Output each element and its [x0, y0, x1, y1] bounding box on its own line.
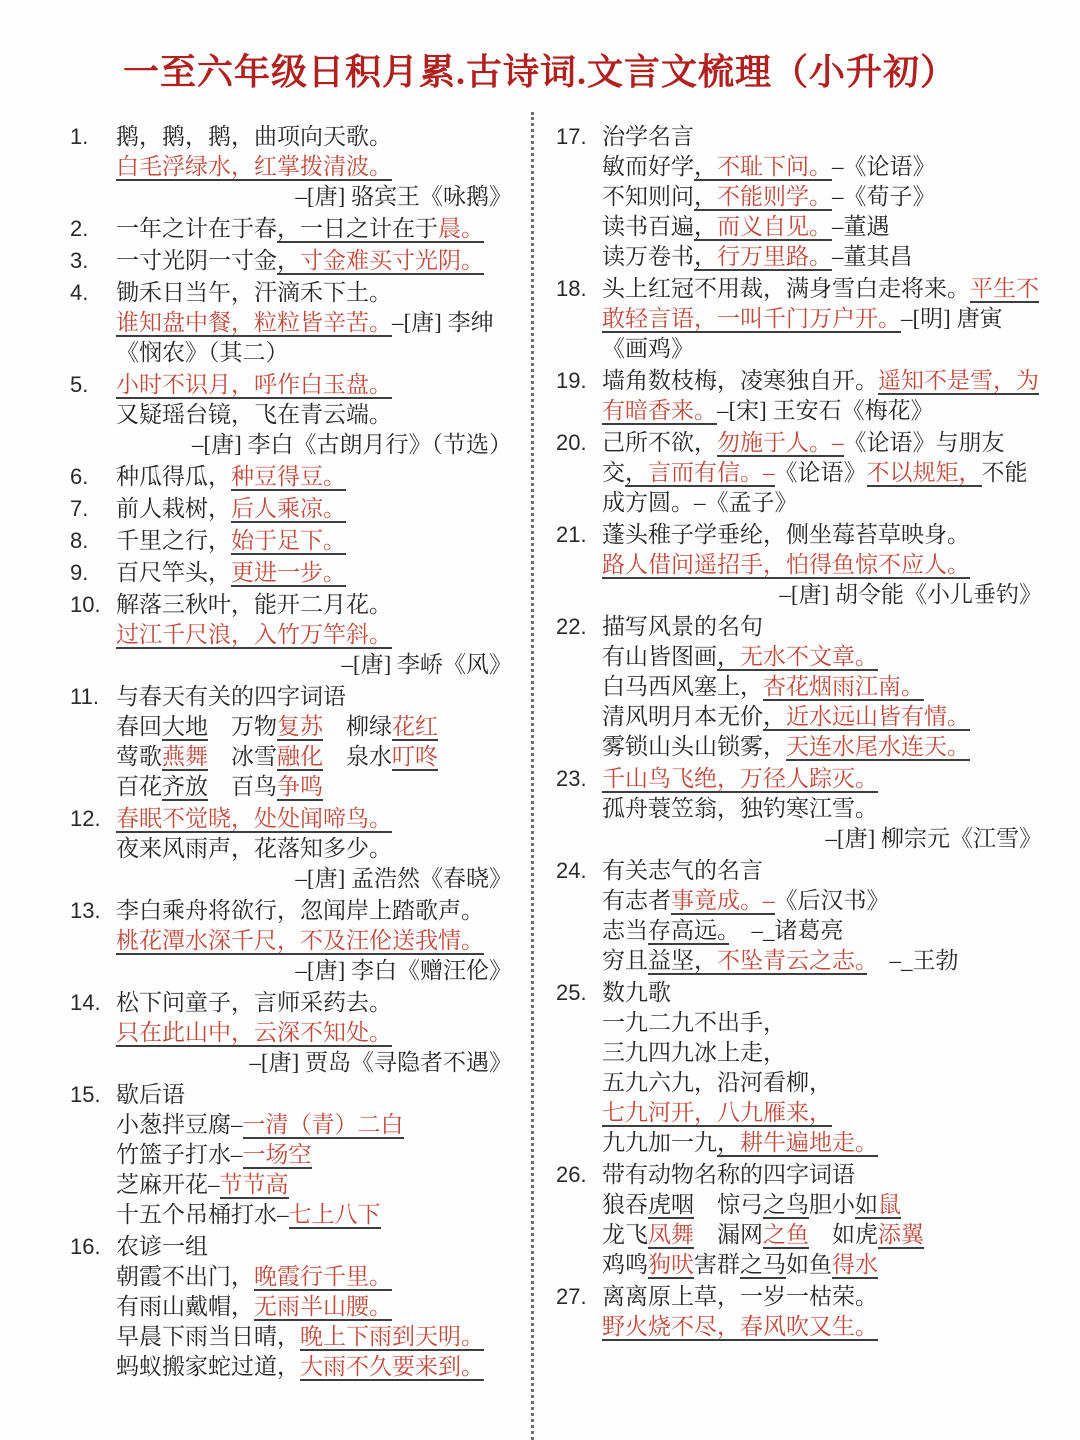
item-number: 9. [70, 558, 88, 588]
text-segment: 白马西风塞上， [602, 674, 763, 699]
item-number: 17. [556, 122, 587, 152]
text-segment: 寸金难买寸光阴。 [300, 248, 484, 275]
text-segment: 不知则问 [602, 184, 694, 209]
text-segment: 杏花烟雨江南。 [763, 674, 924, 701]
list-item: 12.春眠不觉晓，处处闻啼鸟。夜来风雨声，花落知多少。–[唐] 孟浩然《春晓》 [70, 804, 516, 894]
page-title: 一至六年级日积月累.古诗词.文言文梳理（小升初） [0, 44, 1080, 95]
text-segment: 惊弓 [694, 1192, 763, 1217]
text-segment: 七上八下 [289, 1202, 381, 1229]
text-segment: 敏而好学 [602, 154, 694, 179]
text-segment: 天连水尾水连天。 [786, 734, 970, 761]
text-segment: ， [694, 214, 717, 241]
text-segment: 一场空 [243, 1142, 312, 1169]
text-segment: 勿施于人。– [717, 430, 844, 457]
text-line: 七九河开，八九雁来， [602, 1098, 1046, 1128]
item-number: 23. [556, 764, 587, 794]
text-segment: 读书百遍 [602, 214, 694, 239]
text-line: 解落三秋叶，能开二月花。 [116, 590, 516, 620]
text-segment: 益坚， [648, 948, 717, 975]
text-segment: 泉水 [323, 744, 392, 769]
text-line: 有志者事竟成。–《后汉书》 [602, 886, 1046, 916]
text-segment: 百鸟 [208, 774, 277, 799]
text-segment: 无雨半山腰。 [254, 1294, 392, 1321]
list-item: 19.墙角数枝梅，凌寒独自开。遥知不是雪，为有暗香来。–[宋] 王安石《梅花》 [556, 366, 1046, 426]
item-number: 15. [70, 1080, 101, 1110]
text-segment: 《后汉书》 [775, 888, 890, 913]
text-segment: –_王勃 [867, 948, 959, 973]
item-number: 25. [556, 978, 587, 1008]
text-segment: 始于足下。 [231, 528, 346, 555]
text-segment: 晚上下雨到天明。 [300, 1324, 484, 1351]
text-segment: 千山鸟飞绝，万径人踪灭。 [602, 766, 878, 793]
text-line: 锄禾日当午，汗滴禾下土。 [116, 278, 516, 308]
text-line: 早晨下雨当日晴，晚上下雨到天明。 [116, 1322, 516, 1352]
text-segment: 墙角数枝梅，凌寒独自开。 [602, 368, 878, 393]
text-line: 路人借问遥招手，怕得鱼惊不应人。 [602, 550, 1046, 580]
text-line: 描写风景的名句 [602, 612, 1046, 642]
item-number: 5. [70, 370, 88, 400]
list-item: 9.百尺竿头，更进一步。 [70, 558, 516, 588]
text-segment: ， [277, 248, 300, 275]
text-segment: 狼吞 [602, 1192, 648, 1217]
text-line: 数九歌 [602, 978, 1046, 1008]
text-segment: 小葱拌豆腐– [116, 1112, 243, 1137]
text-segment: ， [717, 1130, 740, 1157]
text-line: 过江千尺浪，入竹万竿斜。 [116, 620, 516, 650]
text-line: 不知则问，不能则学。–《荀子》 [602, 182, 1046, 212]
text-line: 百花齐放 百鸟争鸣 [116, 772, 516, 802]
text-segment: 锄禾日当午，汗滴禾下土。 [116, 280, 392, 305]
text-segment: 数九歌 [602, 980, 671, 1005]
item-number: 1. [70, 122, 88, 152]
text-segment: 莺歌 [116, 744, 162, 769]
list-item: 20.己所不欲，勿施于人。–《论语》与朋友交，言而有信。–《论语》不以规矩，不能… [556, 428, 1046, 518]
list-item: 16.农谚一组朝霞不出门，晚霞行千里。有雨山戴帽，无雨半山腰。早晨下雨当日晴，晚… [70, 1232, 516, 1382]
text-segment: 胆小 [809, 1192, 855, 1217]
text-segment: 只在此山中，云深不知处。 [116, 1020, 392, 1047]
text-segment: ， [763, 704, 786, 731]
text-segment: 大雨不久要来到。 [300, 1354, 484, 1381]
text-segment: 存高远。 [648, 918, 729, 945]
text-segment: 有山皆图画 [602, 644, 717, 669]
item-number: 11. [70, 682, 99, 712]
text-segment: 如 [855, 1192, 878, 1219]
text-segment: 后人乘凉。 [231, 496, 346, 523]
text-segment: –《荀子》 [832, 184, 936, 209]
column-divider [531, 112, 534, 1440]
text-segment: 行万里路。 [717, 244, 832, 271]
text-segment: 晨。 [438, 216, 484, 243]
text-line: 孤舟蓑笠翁，独钓寒江雪。 [602, 794, 1046, 824]
text-line: 蚂蚁搬家蛇过道，大雨不久要来到。 [116, 1352, 516, 1382]
text-segment: 叮咚 [392, 744, 438, 771]
text-line: 李白乘舟将欲行，忽闻岸上踏歌声。 [116, 896, 516, 926]
item-number: 20. [556, 428, 587, 458]
text-segment: 《论语》 [775, 460, 867, 485]
text-segment: –[唐] 柳宗元《江雪》 [825, 826, 1042, 851]
text-segment: 又疑瑶台镜，飞在青云端。 [116, 402, 392, 427]
text-segment: 春回 [116, 714, 162, 739]
text-segment: 蓬头稚子学垂纶，侧坐莓苔草映身。 [602, 522, 970, 547]
text-line: 雾锁山头山锁雾，天连水尾水连天。 [602, 732, 1046, 762]
item-number: 6. [70, 462, 88, 492]
text-segment: 一寸光阴一寸金 [116, 248, 277, 273]
text-segment: 百花 [116, 774, 162, 799]
text-segment: –[唐] 贾岛《寻隐者不遇》 [249, 1050, 512, 1075]
text-line: 有关志气的名言 [602, 856, 1046, 886]
text-line: 只在此山中，云深不知处。 [116, 1018, 516, 1048]
text-segment: 之鸟 [763, 1192, 809, 1219]
text-line: 穷且益坚，不坠青云之志。 –_王勃 [602, 946, 1046, 976]
text-line: 一九二九不出手， [602, 1008, 1046, 1038]
text-segment: 解落三秋叶，能开二月花。 [116, 592, 392, 617]
text-line: 与春天有关的四字词语 [116, 682, 516, 712]
text-segment: 不坠青云之志。 [717, 948, 867, 975]
list-item: 8.千里之行，始于足下。 [70, 526, 516, 556]
text-segment: 穷且 [602, 948, 648, 973]
attribution-line: –[唐] 贾岛《寻隐者不遇》 [116, 1048, 516, 1078]
text-segment: 争鸣 [277, 774, 323, 801]
text-segment: 歇后语 [116, 1082, 185, 1107]
text-segment: 离离原上草，一岁一枯荣。 [602, 1284, 878, 1309]
text-segment: 夜来风雨声，花落知多少。 [116, 836, 392, 861]
text-segment: 无水不文章。 [740, 644, 878, 671]
text-line: 治学名言 [602, 122, 1046, 152]
text-segment: 言而有信。– [648, 460, 775, 487]
attribution-line: –[唐] 胡令能《小儿垂钓》 [602, 580, 1046, 610]
text-segment: 之鱼 [763, 1222, 809, 1249]
text-segment: 一清（青）二白 [243, 1112, 404, 1139]
text-segment: 读万卷书 [602, 244, 694, 269]
text-line: 五九六九，沿河看柳， [602, 1068, 1046, 1098]
text-line: 竹篮子打水–一场空 [116, 1140, 516, 1170]
list-item: 4.锄禾日当午，汗滴禾下土。谁知盘中餐，粒粒皆辛苦。–[唐] 李绅《悯农》（其二… [70, 278, 516, 368]
text-segment: 孤舟蓑笠翁，独钓寒江雪。 [602, 796, 878, 821]
text-segment: –[唐] 李白《赠汪伦》 [295, 958, 512, 983]
text-segment: 农谚一组 [116, 1234, 208, 1259]
list-item: 6.种瓜得瓜，种豆得豆。 [70, 462, 516, 492]
text-segment: 种豆得豆。 [231, 464, 346, 491]
text-line: 敏而好学，不耻下问。–《论语》 [602, 152, 1046, 182]
text-segment: 志当 [602, 918, 648, 943]
text-segment: 七九河开，八九雁来， [602, 1100, 832, 1127]
text-line: 夜来风雨声，花落知多少。 [116, 834, 516, 864]
text-segment: 蚂蚁搬家蛇过道， [116, 1354, 300, 1379]
text-segment: 燕舞 [162, 744, 208, 771]
text-line: 有山皆图画，无水不文章。 [602, 642, 1046, 672]
list-item: 5.小时不识月，呼作白玉盘。又疑瑶台镜，飞在青云端。–[唐] 李白《古朗月行》（… [70, 370, 516, 460]
text-line: 志当存高远。 –_诸葛亮 [602, 916, 1046, 946]
list-item: 15.歇后语小葱拌豆腐–一清（青）二白竹篮子打水–一场空芝麻开花–节节高十五个吊… [70, 1080, 516, 1230]
text-line: 三九四九冰上走， [602, 1038, 1046, 1068]
text-line: 鸡鸣狗吠害群之马如鱼得水 [602, 1250, 1046, 1280]
item-number: 8. [70, 526, 88, 556]
text-segment: 松下问童子，言师采药去。 [116, 990, 392, 1015]
text-segment: ， [717, 644, 740, 671]
text-line: 龙飞凤舞 漏网之鱼 如虎添翼 [602, 1220, 1046, 1250]
text-segment: 齐放 [162, 774, 208, 801]
text-segment: 近水远山皆有情。 [786, 704, 970, 731]
text-segment: 五九六九，沿河看柳， [602, 1070, 832, 1095]
text-segment: 虎咽 [648, 1192, 694, 1219]
attribution-line: –[唐] 骆宾王《咏鹅》 [116, 182, 516, 212]
text-segment: 复苏 [277, 714, 323, 741]
text-segment: 白毛浮绿水，红掌拨清波。 [116, 154, 392, 181]
text-segment: 十五个吊桶打水– [116, 1202, 289, 1227]
text-segment: 朝霞不出门， [116, 1264, 254, 1289]
attribution-line: –[唐] 柳宗元《江雪》 [602, 824, 1046, 854]
text-segment: 芝麻开花– [116, 1172, 220, 1197]
text-segment: 得水 [832, 1252, 878, 1279]
text-segment: 早晨下雨当日晴， [116, 1324, 300, 1349]
text-segment: 害群 [694, 1252, 740, 1277]
text-line: 离离原上草，一岁一枯荣。 [602, 1282, 1046, 1312]
text-line: 朝霞不出门，晚霞行千里。 [116, 1262, 516, 1292]
item-number: 13. [70, 896, 101, 926]
text-line: 歇后语 [116, 1080, 516, 1110]
text-line: 谁知盘中餐，粒粒皆辛苦。–[唐] 李绅《悯农》（其二） [116, 308, 516, 368]
text-segment: –[唐] 孟浩然《春晓》 [295, 866, 512, 891]
item-number: 3. [70, 246, 88, 276]
text-line: 读万卷书，行万里路。–董其昌 [602, 242, 1046, 272]
text-line: 清风明月本无价，近水远山皆有情。 [602, 702, 1046, 732]
text-segment: ， [694, 154, 717, 181]
text-segment: 一九二九不出手， [602, 1010, 786, 1035]
item-number: 27. [556, 1282, 587, 1312]
text-segment: 大地 [162, 714, 208, 741]
item-number: 18. [556, 274, 587, 304]
text-segment: –《论语》 [832, 154, 936, 179]
text-segment: 花红 [392, 714, 438, 741]
list-item: 1.鹅，鹅，鹅，曲项向天歌。白毛浮绿水，红掌拨清波。–[唐] 骆宾王《咏鹅》 [70, 122, 516, 212]
text-segment: 李白乘舟将欲行，忽闻岸上踏歌声。 [116, 898, 484, 923]
item-number: 26. [556, 1160, 587, 1190]
item-number: 19. [556, 366, 587, 396]
text-segment: 漏网 [694, 1222, 763, 1247]
text-line: 芝麻开花–节节高 [116, 1170, 516, 1200]
text-segment: ， [625, 460, 648, 487]
text-line: 松下问童子，言师采药去。 [116, 988, 516, 1018]
text-segment: 之马 [740, 1252, 786, 1279]
text-segment: 有志者 [602, 888, 671, 913]
text-line: 有雨山戴帽，无雨半山腰。 [116, 1292, 516, 1322]
text-line: 野火烧不尽，春风吹又生。 [602, 1312, 1046, 1342]
list-item: 3.一寸光阴一寸金，寸金难买寸光阴。 [70, 246, 516, 276]
list-item: 24.有关志气的名言有志者事竟成。–《后汉书》志当存高远。 –_诸葛亮穷且益坚，… [556, 856, 1046, 976]
item-number: 10. [70, 590, 101, 620]
text-segment: 冰雪 [208, 744, 277, 769]
text-segment: 晚霞行千里。 [254, 1264, 392, 1291]
attribution-line: –[唐] 李白《古朗月行》（节选） [116, 430, 516, 460]
list-item: 7.前人栽树，后人乘凉。 [70, 494, 516, 524]
text-line: 前人栽树，后人乘凉。 [116, 494, 516, 524]
text-segment: –董其昌 [832, 244, 913, 269]
text-line: 十五个吊桶打水–七上八下 [116, 1200, 516, 1230]
text-segment: 鹅，鹅，鹅，曲项向天歌。 [116, 124, 392, 149]
text-line: 百尺竿头，更进一步。 [116, 558, 516, 588]
text-segment: 融化 [277, 744, 323, 771]
text-segment: 而义自见。 [717, 214, 832, 241]
text-segment: 添翼 [878, 1222, 924, 1249]
list-item: 11.与春天有关的四字词语春回大地 万物复苏 柳绿花红莺歌燕舞 冰雪融化 泉水叮… [70, 682, 516, 802]
text-segment: 春眠不觉晓，处处闻啼鸟。 [116, 806, 392, 833]
text-line: 小葱拌豆腐–一清（青）二白 [116, 1110, 516, 1140]
text-line: 千山鸟飞绝，万径人踪灭。 [602, 764, 1046, 794]
text-segment: 如虎 [809, 1222, 878, 1247]
text-segment: 有关志气的名言 [602, 858, 763, 883]
text-segment: 己所不欲， [602, 430, 717, 455]
text-line: 鹅，鹅，鹅，曲项向天歌。 [116, 122, 516, 152]
text-segment: 种瓜得瓜， [116, 464, 231, 489]
document-page: 一至六年级日积月累.古诗词.文言文梳理（小升初） 1.鹅，鹅，鹅，曲项向天歌。白… [0, 0, 1080, 1440]
text-segment: 前人栽树， [116, 496, 231, 521]
text-line: 又疑瑶台镜，飞在青云端。 [116, 400, 516, 430]
text-line: 头上红冠不用裁，满身雪白走将来。平生不敢轻言语，一叫千门万户开。–[明] 唐寅《… [602, 274, 1046, 364]
item-number: 7. [70, 494, 88, 524]
text-segment: 有雨山戴帽， [116, 1294, 254, 1319]
text-segment: –[唐] 李峤《风》 [341, 652, 512, 677]
list-item: 26.带有动物名称的四字词语狼吞虎咽 惊弓之鸟胆小如鼠龙飞凤舞 漏网之鱼 如虎添… [556, 1160, 1046, 1280]
item-number: 22. [556, 612, 587, 642]
text-segment: 耕牛遍地走。 [740, 1130, 878, 1157]
attribution-line: –[唐] 孟浩然《春晓》 [116, 864, 516, 894]
text-segment: 过江千尺浪，入竹万竿斜。 [116, 622, 392, 649]
list-item: 21.蓬头稚子学垂纶，侧坐莓苔草映身。路人借问遥招手，怕得鱼惊不应人。–[唐] … [556, 520, 1046, 610]
text-line: 狼吞虎咽 惊弓之鸟胆小如鼠 [602, 1190, 1046, 1220]
text-line: 一寸光阴一寸金，寸金难买寸光阴。 [116, 246, 516, 276]
text-segment: 九九加一九 [602, 1130, 717, 1155]
text-line: 白马西风塞上，杏花烟雨江南。 [602, 672, 1046, 702]
text-segment: 狗吠 [648, 1252, 694, 1279]
text-segment: 如鱼 [786, 1252, 832, 1277]
text-segment: –_诸葛亮 [729, 918, 844, 943]
right-column: 17.治学名言敏而好学，不耻下问。–《论语》不知则问，不能则学。–《荀子》读书百… [556, 122, 1046, 1344]
text-segment: –董遇 [832, 214, 890, 239]
text-line: 读书百遍，而义自见。–董遇 [602, 212, 1046, 242]
text-segment: 千里之行， [116, 528, 231, 553]
list-item: 27.离离原上草，一岁一枯荣。野火烧不尽，春风吹又生。 [556, 1282, 1046, 1342]
text-segment: 节节高 [220, 1172, 289, 1199]
text-segment: 万物 [208, 714, 277, 739]
text-segment: 谁知盘中餐，粒粒皆辛苦。 [116, 310, 392, 337]
text-line: 带有动物名称的四字词语 [602, 1160, 1046, 1190]
text-segment: 不以规矩， [867, 460, 982, 487]
text-segment: –[唐] 骆宾王《咏鹅》 [295, 184, 512, 209]
text-line: 莺歌燕舞 冰雪融化 泉水叮咚 [116, 742, 516, 772]
text-segment: 不耻下问。 [717, 154, 832, 181]
text-segment: 桃花潭水深千尺，不及汪伦送我情。 [116, 928, 484, 955]
text-segment: 龙飞 [602, 1222, 648, 1247]
text-segment: 描写风景的名句 [602, 614, 763, 639]
text-segment: 更进一步。 [231, 560, 346, 587]
text-segment: 与春天有关的四字词语 [116, 684, 346, 709]
text-segment: 一年之计在于春 [116, 216, 277, 241]
text-segment: 小时不识月，呼作白玉盘。 [116, 372, 392, 399]
text-segment: 不能则学。 [717, 184, 832, 211]
list-item: 22.描写风景的名句有山皆图画，无水不文章。白马西风塞上，杏花烟雨江南。清风明月… [556, 612, 1046, 762]
text-line: 千里之行，始于足下。 [116, 526, 516, 556]
text-segment: 柳绿 [323, 714, 392, 739]
item-number: 14. [70, 988, 101, 1018]
text-segment: 凤舞 [648, 1222, 694, 1249]
text-line: 九九加一九，耕牛遍地走。 [602, 1128, 1046, 1158]
left-column: 1.鹅，鹅，鹅，曲项向天歌。白毛浮绿水，红掌拨清波。–[唐] 骆宾王《咏鹅》2.… [70, 122, 516, 1384]
item-number: 16. [70, 1232, 101, 1262]
item-number: 12. [70, 804, 101, 834]
text-segment: 带有动物名称的四字词语 [602, 1162, 855, 1187]
text-segment: –[唐] 李白《古朗月行》（节选） [192, 432, 512, 457]
text-segment: 三九四九冰上走， [602, 1040, 786, 1065]
list-item: 23.千山鸟飞绝，万径人踪灭。孤舟蓑笠翁，独钓寒江雪。–[唐] 柳宗元《江雪》 [556, 764, 1046, 854]
text-line: 农谚一组 [116, 1232, 516, 1262]
text-line: 墙角数枝梅，凌寒独自开。遥知不是雪，为有暗香来。–[宋] 王安石《梅花》 [602, 366, 1046, 426]
text-segment: –[唐] 胡令能《小儿垂钓》 [779, 582, 1042, 607]
text-segment: 头上红冠不用裁，满身雪白走将来。 [602, 276, 970, 301]
list-item: 13.李白乘舟将欲行，忽闻岸上踏歌声。桃花潭水深千尺，不及汪伦送我情。–[唐] … [70, 896, 516, 986]
text-line: 己所不欲，勿施于人。–《论语》与朋友交，言而有信。–《论语》不以规矩，不能成方圆… [602, 428, 1046, 518]
text-line: 春眠不觉晓，处处闻啼鸟。 [116, 804, 516, 834]
text-line: 春回大地 万物复苏 柳绿花红 [116, 712, 516, 742]
item-number: 21. [556, 520, 587, 550]
item-number: 24. [556, 856, 587, 886]
text-line: 种瓜得瓜，种豆得豆。 [116, 462, 516, 492]
attribution-line: –[唐] 李白《赠汪伦》 [116, 956, 516, 986]
list-item: 17.治学名言敏而好学，不耻下问。–《论语》不知则问，不能则学。–《荀子》读书百… [556, 122, 1046, 272]
text-segment: 野火烧不尽，春风吹又生。 [602, 1314, 878, 1341]
text-line: 蓬头稚子学垂纶，侧坐莓苔草映身。 [602, 520, 1046, 550]
list-item: 14.松下问童子，言师采药去。只在此山中，云深不知处。–[唐] 贾岛《寻隐者不遇… [70, 988, 516, 1078]
text-line: 小时不识月，呼作白玉盘。 [116, 370, 516, 400]
list-item: 25.数九歌一九二九不出手，三九四九冰上走，五九六九，沿河看柳，七九河开，八九雁… [556, 978, 1046, 1158]
text-line: 一年之计在于春，一日之计在于晨。 [116, 214, 516, 244]
list-item: 10.解落三秋叶，能开二月花。过江千尺浪，入竹万竿斜。–[唐] 李峤《风》 [70, 590, 516, 680]
text-segment: 竹篮子打水– [116, 1142, 243, 1167]
text-segment: ， [694, 184, 717, 211]
text-segment: –[宋] 王安石《梅花》 [717, 398, 934, 423]
item-number: 2. [70, 214, 88, 244]
list-item: 18.头上红冠不用裁，满身雪白走将来。平生不敢轻言语，一叫千门万户开。–[明] … [556, 274, 1046, 364]
text-segment: 百尺竿头， [116, 560, 231, 585]
text-segment: 治学名言 [602, 124, 694, 149]
text-line: 桃花潭水深千尺，不及汪伦送我情。 [116, 926, 516, 956]
list-item: 2.一年之计在于春，一日之计在于晨。 [70, 214, 516, 244]
text-segment: ，一日之计在于 [277, 216, 438, 243]
text-line: 白毛浮绿水，红掌拨清波。 [116, 152, 516, 182]
text-segment: 路人借问遥招手，怕得鱼惊不应人。 [602, 552, 970, 579]
item-number: 4. [70, 278, 88, 308]
text-segment: 鸡鸣 [602, 1252, 648, 1277]
text-segment: 事竟成。– [671, 888, 775, 915]
text-segment: ， [694, 244, 717, 271]
text-segment: 鼠 [878, 1192, 901, 1219]
attribution-line: –[唐] 李峤《风》 [116, 650, 516, 680]
text-segment: 雾锁山头山锁雾， [602, 734, 786, 759]
text-segment: 清风明月本无价 [602, 704, 763, 729]
